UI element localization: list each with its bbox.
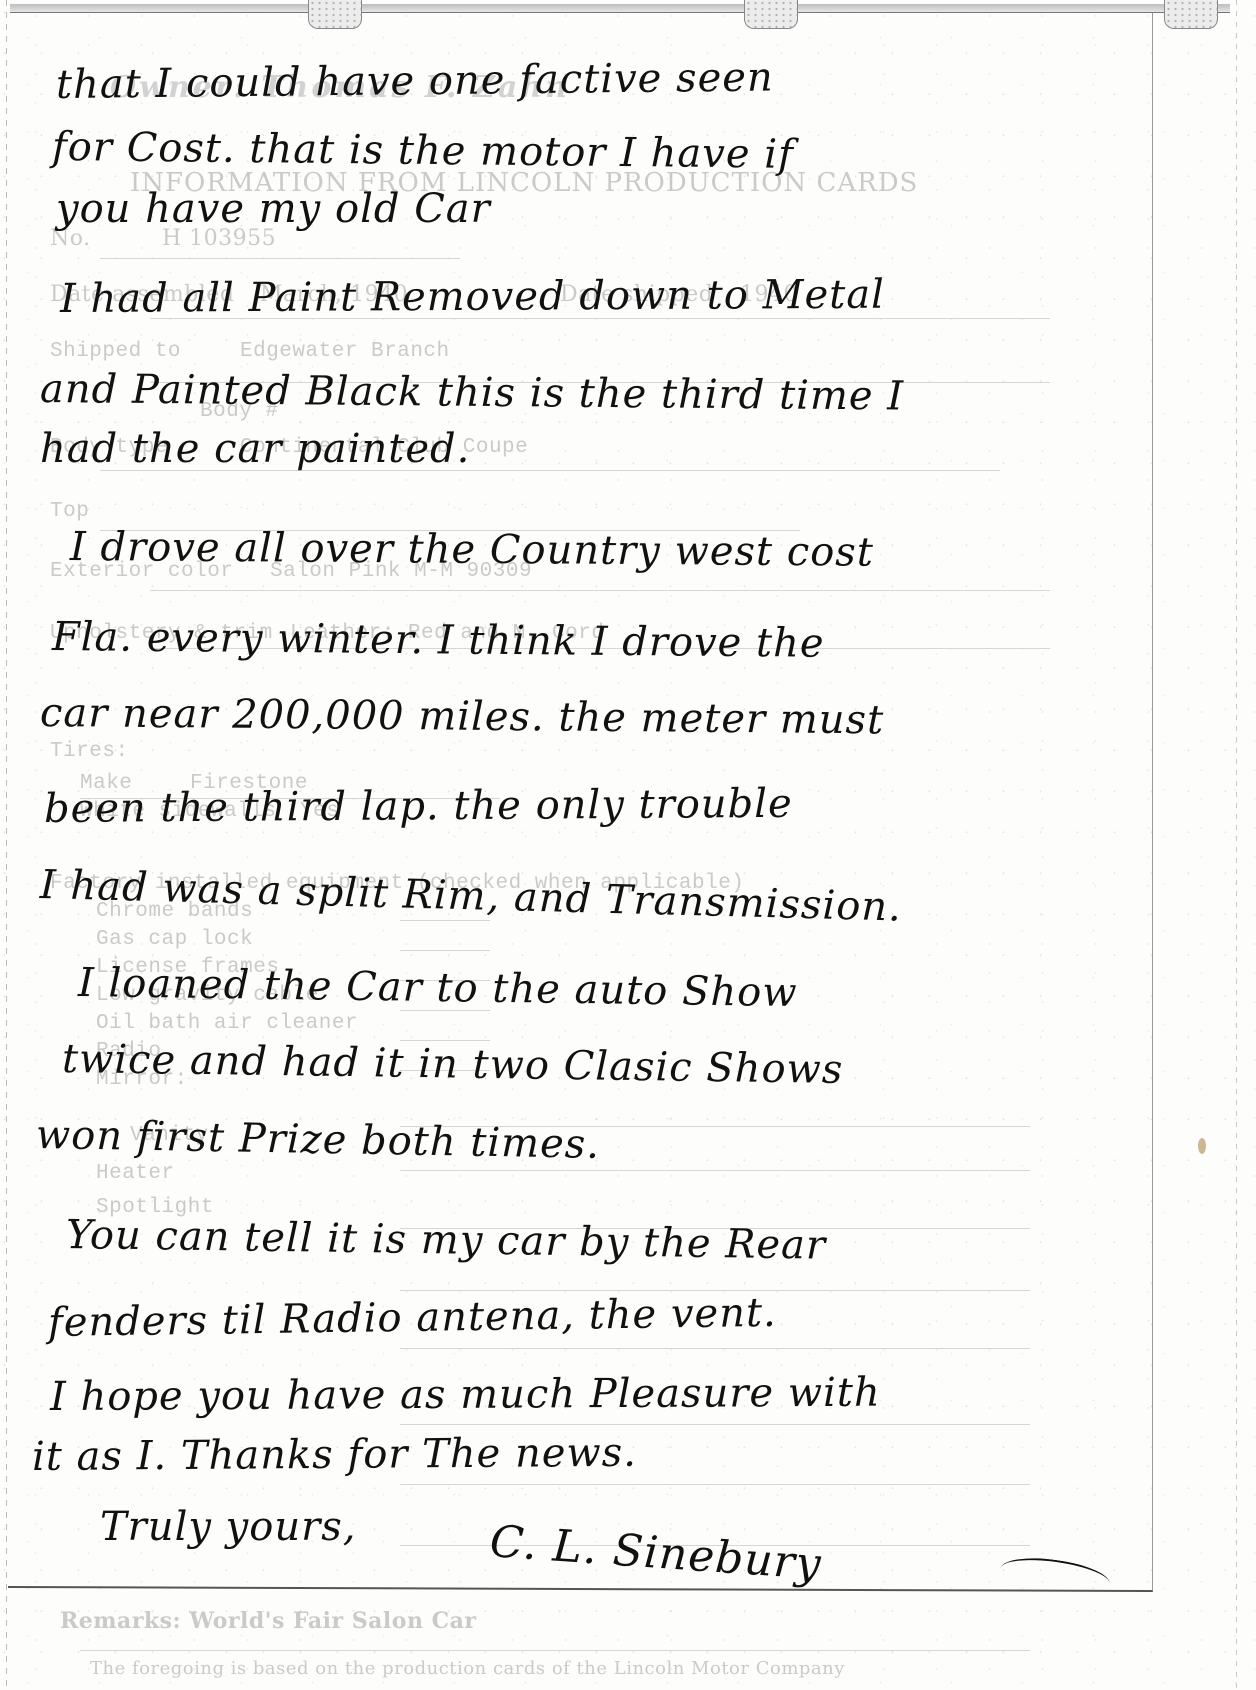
binder-clip-icon (308, 0, 362, 29)
handwritten-line: that I could have one factive seen (56, 54, 774, 108)
right-page-edge (1236, 0, 1237, 1690)
handwritten-line: car near 200,000 miles. the meter must (40, 690, 885, 743)
handwritten-line: I hope you have as much Pleasure with (50, 1370, 881, 1420)
form-footer-note: The foregoing is based on the production… (90, 1658, 845, 1679)
form-footer-remarks: Remarks: World's Fair Salon Car (60, 1608, 476, 1634)
handwritten-line: I drove all over the Country west cost (70, 524, 874, 576)
handwritten-line: for Cost. that is the motor I have if (52, 124, 794, 178)
binder-bar (10, 4, 1230, 13)
left-page-edge (6, 0, 7, 1690)
handwritten-line: I had all Paint Removed down to Metal (60, 272, 885, 322)
binder-clip-icon (744, 0, 798, 29)
handwritten-closing: Truly yours, (100, 1504, 356, 1550)
paper-stain (1198, 1138, 1206, 1154)
handwritten-line: Fla. every winter. I think I drove the (52, 614, 825, 667)
handwritten-line: and Painted Black this is the third time… (40, 366, 904, 420)
binder-clip-icon (1164, 0, 1218, 29)
handwritten-line: been the third lap. the only trouble (44, 781, 793, 832)
handwritten-line: had the car painted. (40, 426, 470, 472)
handwritten-line: won first Prize both times. (36, 1112, 601, 1168)
scanned-letter-page: Owner: Thomas F. Zahn INFORMATION FROM L… (0, 0, 1256, 1690)
handwritten-line: it as I. Thanks for The news. (32, 1430, 637, 1480)
handwritten-line: you have my old Car (56, 186, 491, 232)
